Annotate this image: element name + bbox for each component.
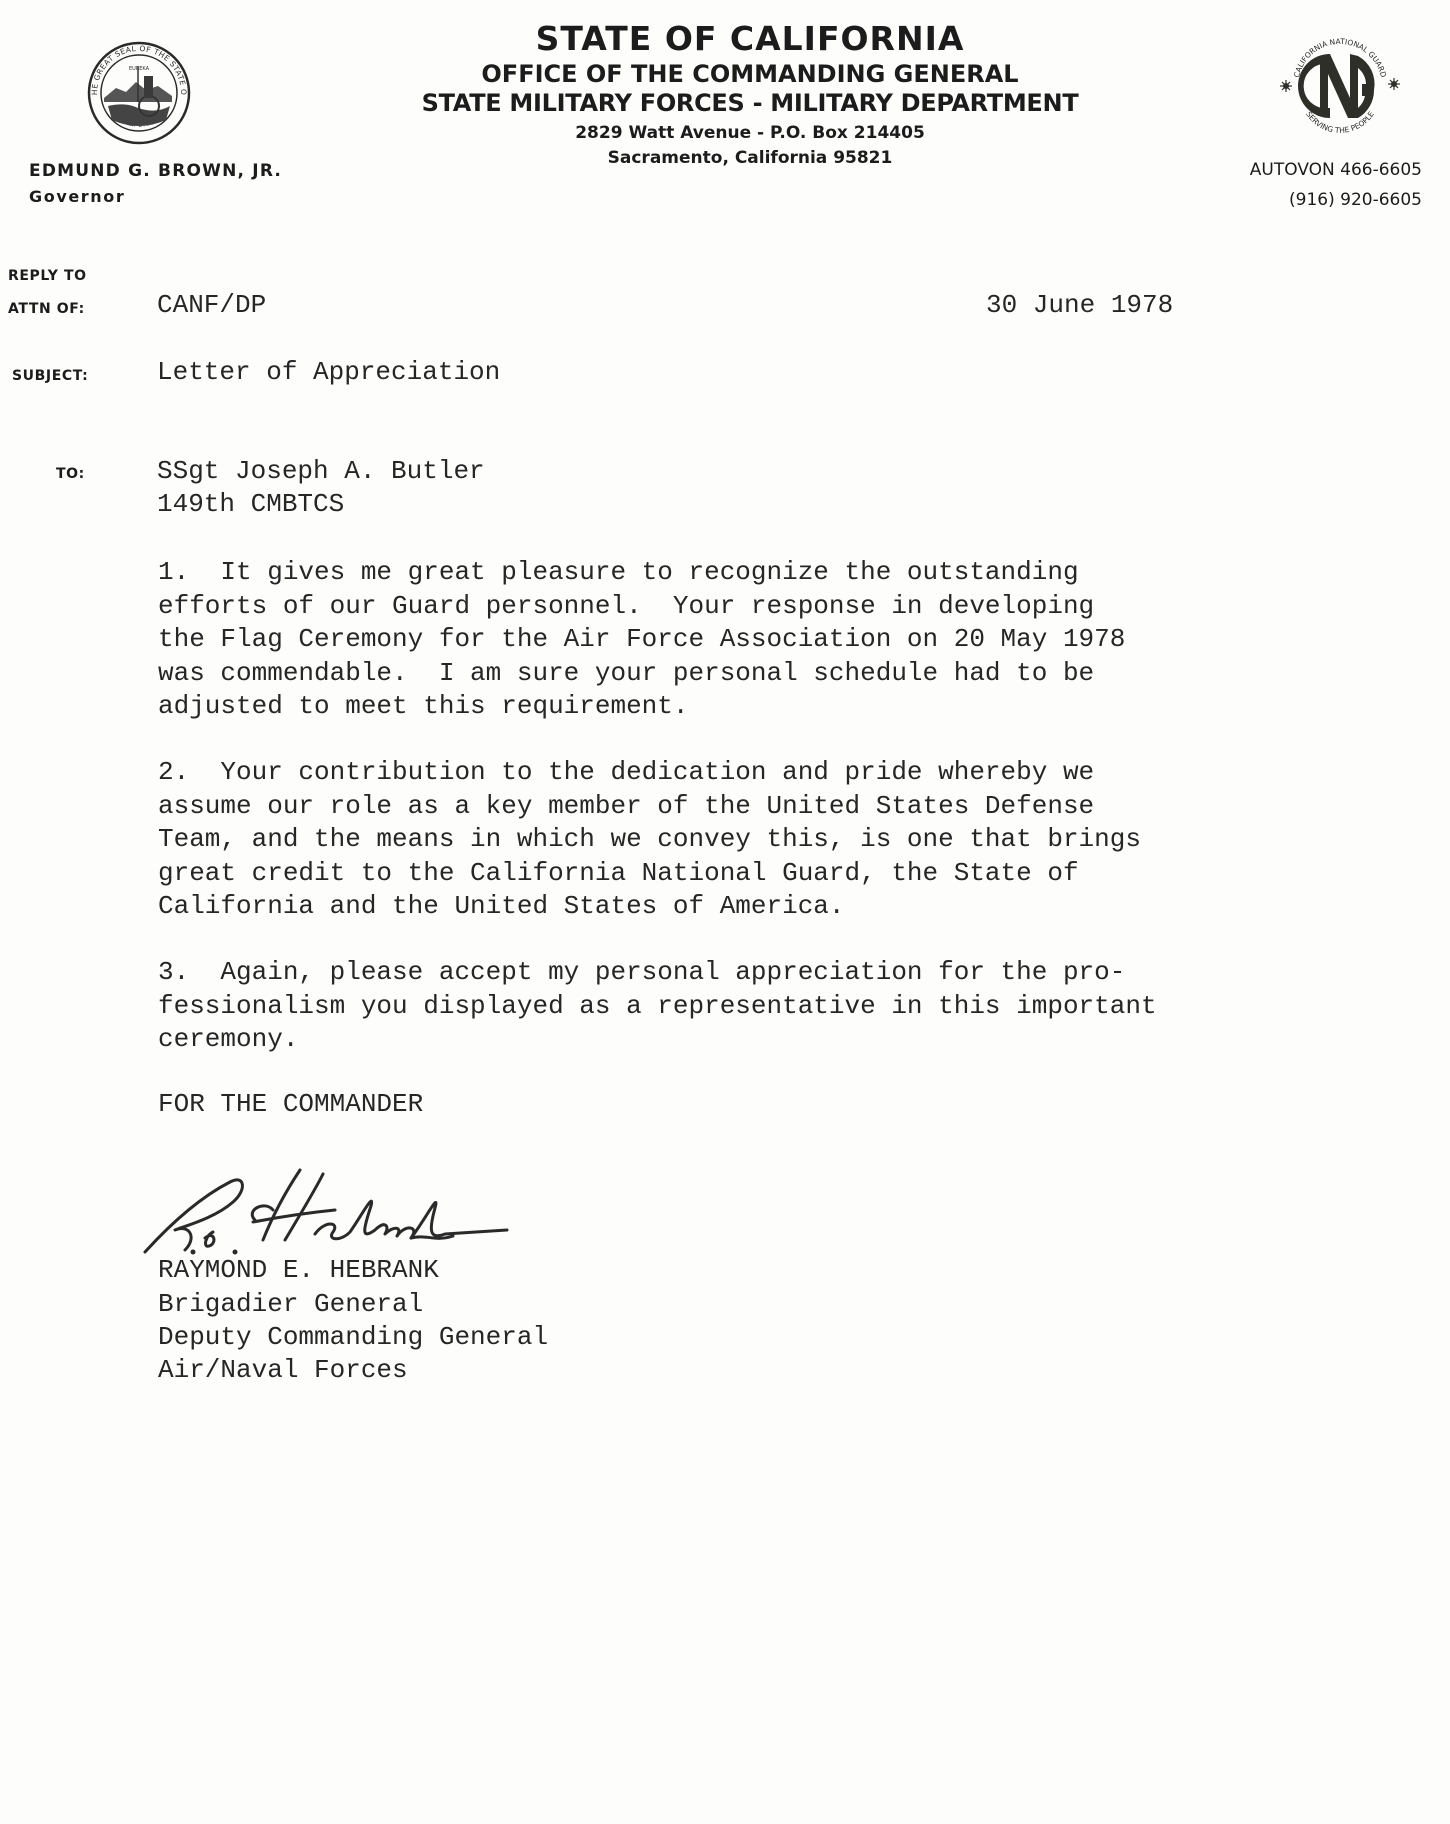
signatory-organization: Air/Naval Forces	[158, 1355, 408, 1385]
signatory-position: Deputy Commanding General	[158, 1322, 548, 1352]
letterhead-header: STATE OF CALIFORNIA OFFICE OF THE COMMAN…	[420, 18, 1080, 170]
letter-date: 30 June 1978	[986, 290, 1173, 320]
to-label: TO:	[56, 466, 85, 482]
letterhead-state: STATE OF CALIFORNIA	[420, 18, 1080, 60]
recipient-unit: 149th CMBTCS	[157, 489, 344, 519]
attn-of-value: CANF/DP	[157, 290, 266, 320]
body-paragraph-2: 2. Your contribution to the dedication a…	[158, 756, 1278, 924]
governor-title: Governor	[29, 187, 125, 206]
subject-value: Letter of Appreciation	[157, 357, 500, 387]
signatory-rank: Brigadier General	[158, 1289, 423, 1319]
body-paragraph-1: 1. It gives me great pleasure to recogni…	[158, 556, 1278, 724]
letterhead-office: OFFICE OF THE COMMANDING GENERAL	[420, 60, 1080, 89]
letterhead-department: STATE MILITARY FORCES - MILITARY DEPARTM…	[420, 89, 1080, 118]
handwritten-signature-icon	[135, 1160, 515, 1265]
governor-name: EDMUND G. BROWN, JR.	[29, 161, 282, 181]
state-seal-icon: THE GREAT SEAL OF THE STATE OF CALIFORNI…	[86, 40, 192, 146]
autovon-number: AUTOVON 466-6605	[1250, 160, 1422, 180]
national-guard-logo-icon: CALIFORNIA NATIONAL GUARD SERVING THE PE…	[1270, 28, 1410, 148]
letterhead-address-line2: Sacramento, California 95821	[420, 146, 1080, 170]
closing-line: FOR THE COMMANDER	[158, 1089, 423, 1119]
attn-of-label: ATTN OF:	[8, 301, 85, 317]
reply-to-label: REPLY TO	[8, 268, 87, 284]
letterhead-address-line1: 2829 Watt Avenue - P.O. Box 214405	[420, 120, 1080, 146]
body-paragraph-3: 3. Again, please accept my personal appr…	[158, 956, 1278, 1057]
svg-text:EUREKA: EUREKA	[129, 66, 150, 72]
subject-label: SUBJECT:	[12, 368, 88, 384]
phone-number: (916) 920-6605	[1289, 190, 1422, 210]
recipient-name: SSgt Joseph A. Butler	[157, 456, 485, 486]
signatory-name: RAYMOND E. HEBRANK	[158, 1255, 439, 1285]
